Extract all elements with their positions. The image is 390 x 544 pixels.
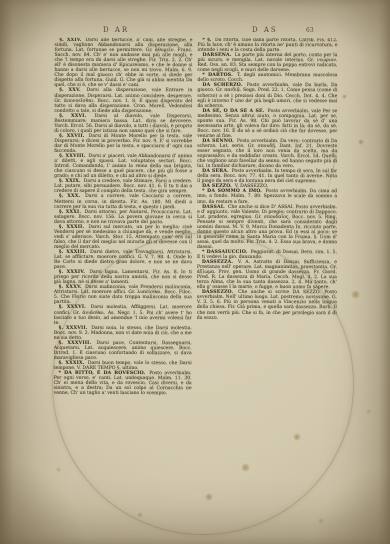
paragraph-body: Posto avverbialm. vale Per se medesimo, … — [197, 109, 337, 139]
dictionary-paragraph: §. XXV. Darsi alla disperazione, vale En… — [54, 88, 192, 114]
foxing-spot — [318, 518, 324, 524]
foxing-spot — [351, 290, 360, 299]
dictionary-paragraph: §. XXXI. Darsi attorno, per Aiutarsi, Pr… — [54, 209, 192, 225]
text-column-right: * §. Da ritorta, cioè dalla parte ritort… — [196, 38, 337, 438]
dictionary-paragraph: §. XXIX. Darsi a credere, vale Stimare, … — [54, 179, 192, 195]
running-header: D AR D AS 63 — [0, 26, 390, 38]
dictionary-paragraph: §. XXIV. Darsi alle bertucce, a' cani, a… — [54, 38, 192, 89]
dictionary-paragraph: §. XXXII. Darsi sul mercato, un per lo m… — [54, 225, 192, 251]
dictionary-paragraph: §. XXVI. Darsi al diavolo, vale Disperar… — [54, 114, 192, 135]
paragraph-body: Posto avverbialm. vale Da burla, Da giuo… — [197, 83, 337, 108]
dictionary-paragraph: * DA RITTO, E DA ROVESCIO. Posto avverbi… — [54, 371, 192, 397]
dictionary-paragraph: DARSENA. La parte più interna del porto,… — [197, 53, 337, 74]
dictionary-paragraph: §. XXX. Darsi a correre, vale Cacciarsi … — [54, 194, 192, 210]
foxing-spot — [358, 139, 364, 145]
paragraph-body: V. A. Astratto di Dassai. Sufficienza, e… — [197, 260, 337, 290]
dictionary-paragraph: * DASSAIUCCIO. Peggiorat. di Dassai. Ber… — [197, 250, 337, 260]
dictionary-paragraph: §. XXXVIII. Darsi pace, Contentarsi, Ras… — [54, 341, 192, 362]
foxing-spot — [366, 409, 371, 414]
dictionary-paragraph: DA SE, O DA SE A SE. Posto avverbialm. v… — [197, 108, 337, 139]
dictionary-paragraph: §. XXVII. Darsi di Monte Morello per la … — [54, 134, 192, 155]
dictionary-paragraph: DASSEZZA. V. A. Astratto di Dassai. Suff… — [197, 260, 337, 291]
paragraph-body: Che anche si scrive DA SEZZO. Posto avve… — [197, 290, 337, 320]
running-head-left: D AR — [103, 26, 129, 34]
dictionary-paragraph: §. XXXIII. Darsi dietro, vale Travagliar… — [54, 250, 192, 271]
paragraph-body: Da ritorta, cioè dalla parte ritorta. Ca… — [197, 38, 337, 53]
dictionary-paragraph: §. XXXIX. Darsi buon tempo, vale lo stes… — [54, 361, 192, 371]
dictionary-paragraph: §. XXXVI. Darsi molestia, Affliggersi. L… — [54, 305, 192, 326]
dictionary-paragraph: DASSEZZO. Che anche si scrive DA SEZZO. … — [197, 290, 337, 321]
foxing-spot — [137, 512, 143, 518]
foxing-spot — [241, 463, 250, 472]
dictionary-paragraph: DASSAI. Che anche si dice D' ASSAI. Post… — [197, 204, 337, 250]
foxing-spot — [342, 94, 347, 99]
dictionary-paragraph: * §. Da ritorta, cioè dalla parte ritort… — [197, 38, 337, 54]
paragraph-body: Posto avverbialm. Da vero; contrario di … — [197, 139, 337, 169]
text-column-left: §. XXIV. Darsi alle bertucce, a' cani, a… — [53, 38, 192, 442]
foxing-spot — [56, 467, 61, 472]
paragraph-body: Darsi alle bertucce, a' cani, alle streg… — [54, 38, 192, 89]
dictionary-paragraph: §. XXVIII. Darsi a' piaceri, vale Abband… — [54, 154, 192, 180]
dictionary-paragraph: * DA SOMMO A IMO. Posto avverbialm. Da c… — [197, 189, 337, 205]
dictionary-paragraph: §. XXXIV. Darsi lagna, Lamentarsi. Fir. … — [54, 270, 192, 286]
running-head-right: D AS — [252, 26, 278, 34]
dictionary-paragraph: DA SENNO. Posto avverbialm. Da vero; con… — [197, 139, 337, 170]
foxing-spot — [205, 493, 213, 501]
dictionary-paragraph: §. XXXV. Darsi malinconia, vale Prenders… — [54, 285, 192, 306]
book-page: D AR D AS 63 §. XXIV. Darsi alle bertucc… — [0, 0, 390, 544]
dictionary-paragraph: §. XXXVII. Darsi noia, lo stesso, che Da… — [54, 325, 192, 341]
dictionary-paragraph: DA SCHERZO. Posto avverbialm. vale Da bu… — [197, 83, 337, 109]
paragraph-body: Che anche si dice D' ASSAI. Posto avverb… — [197, 204, 337, 249]
dictionary-paragraph: DA SERA. Posto avverbialm. In tempo di s… — [197, 169, 337, 185]
page-number: 63 — [306, 27, 314, 34]
